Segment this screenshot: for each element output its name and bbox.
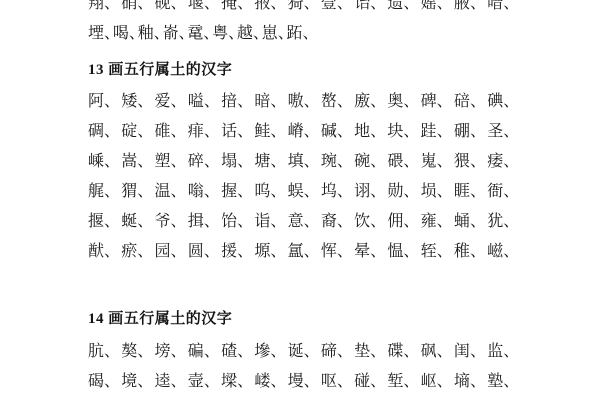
enumeration-comma: 、 xyxy=(154,20,163,43)
hanzi-item: 岖、 xyxy=(421,368,446,391)
enumeration-comma: 、 xyxy=(370,0,379,13)
hanzi-item: 塝、 xyxy=(155,338,180,361)
hanzi-char: 爷 xyxy=(155,208,171,231)
enumeration-comma: 、 xyxy=(337,338,346,361)
hanzi-char: 碓 xyxy=(155,118,171,141)
enumeration-comma: 、 xyxy=(337,368,346,391)
hanzi-char: 粤 xyxy=(212,20,228,43)
hanzi-char: 嵛 xyxy=(162,20,178,43)
enumeration-comma: 、 xyxy=(304,238,313,261)
hanzi-item: 揖、 xyxy=(188,208,213,231)
enumeration-comma: 、 xyxy=(337,118,346,141)
hanzi-item: 碣、 xyxy=(88,368,113,391)
hanzi-item: 地、 xyxy=(354,118,379,141)
hanzi-char: 逵 xyxy=(155,368,171,391)
hanzi-item: 圣、 xyxy=(487,118,512,141)
hanzi-item: 嵝、 xyxy=(254,368,279,391)
hanzi-char: 硝 xyxy=(121,0,137,13)
enumeration-comma: 、 xyxy=(304,178,313,201)
hanzi-item: 闺、 xyxy=(454,338,479,361)
hanzi-char: 塌 xyxy=(221,148,237,171)
enumeration-comma: 、 xyxy=(137,88,146,111)
enumeration-comma: 、 xyxy=(304,88,313,111)
hanzi-char: 琬 xyxy=(321,148,337,171)
hanzi-item: 碴、 xyxy=(221,338,246,361)
hanzi-char: 塝 xyxy=(155,338,171,361)
hanzi-char: 掩 xyxy=(221,0,237,13)
hanzi-item: 嶅、 xyxy=(321,88,346,111)
hanzi-char: 诞 xyxy=(288,338,304,361)
hanzi-item: 硝、 xyxy=(121,0,146,13)
enumeration-comma: 、 xyxy=(171,238,180,261)
enumeration-comma: 、 xyxy=(204,118,213,141)
hanzi-char: 勋 xyxy=(387,178,403,201)
hanzi-char: 揖 xyxy=(188,208,204,231)
hanzi-item: 嗷、 xyxy=(288,88,313,111)
enumeration-comma: 、 xyxy=(370,208,379,231)
hanzi-item: 碘、 xyxy=(487,88,512,111)
hanzi-item: 嵴、 xyxy=(288,118,313,141)
enumeration-comma: 、 xyxy=(370,118,379,141)
hanzi-char: 嵬 xyxy=(421,148,437,171)
hanzi-item: 雍、 xyxy=(421,208,446,231)
hanzi-char: 诩 xyxy=(354,178,370,201)
enumeration-comma: 、 xyxy=(403,338,412,361)
hanzi-char: 腋 xyxy=(454,0,470,13)
enumeration-comma: 、 xyxy=(437,0,446,13)
enumeration-comma: 、 xyxy=(503,0,512,13)
hanzi-item: 鼋、 xyxy=(187,20,212,43)
hanzi-item: 塑、 xyxy=(155,148,180,171)
hanzi-item: 垫、 xyxy=(354,338,379,361)
hanzi-item: 监、 xyxy=(487,338,512,361)
hanzi-item: 碟、 xyxy=(387,338,412,361)
hanzi-item: 蛹、 xyxy=(454,208,479,231)
hanzi-char: 墋 xyxy=(254,338,270,361)
enumeration-comma: 、 xyxy=(204,368,213,391)
hanzi-char: 喝 xyxy=(113,20,129,43)
hanzi-item: 圆、 xyxy=(188,238,213,261)
hanzi-item: 堰、 xyxy=(188,0,213,13)
enumeration-comma: 、 xyxy=(137,208,146,231)
hanzi-char: 喑 xyxy=(487,0,503,13)
hanzi-char: 塬 xyxy=(254,238,270,261)
hanzi-item: 揠、 xyxy=(88,208,113,231)
hanzi-char: 监 xyxy=(487,338,503,361)
hanzi-item: 墁、 xyxy=(288,368,313,391)
enumeration-comma: 、 xyxy=(270,178,279,201)
hanzi-item: 意、 xyxy=(288,208,313,231)
hanzi-char: 遗 xyxy=(387,0,403,13)
hanzi-char: 嶅 xyxy=(321,88,337,111)
enumeration-comma: 、 xyxy=(278,20,287,43)
hanzi-char: 猷 xyxy=(88,238,104,261)
enumeration-comma: 、 xyxy=(171,88,180,111)
hanzi-item: 睚、 xyxy=(454,178,479,201)
enumeration-comma: 、 xyxy=(171,178,180,201)
enumeration-comma: 、 xyxy=(237,148,246,171)
enumeration-comma: 、 xyxy=(303,20,312,43)
hanzi-char: 砜 xyxy=(421,338,437,361)
hanzi-item: 粤、 xyxy=(212,20,237,43)
enumeration-comma: 、 xyxy=(470,368,479,391)
enumeration-comma: 、 xyxy=(370,88,379,111)
hanzi-item: 碥、 xyxy=(188,338,213,361)
hanzi-char: 墒 xyxy=(454,368,470,391)
enumeration-comma: 、 xyxy=(304,208,313,231)
hanzi-item: 肮、 xyxy=(88,338,113,361)
hanzi-item: 嵫、 xyxy=(487,238,512,261)
hanzi-char: 嵩 xyxy=(121,148,137,171)
hanzi-item: 佣、 xyxy=(387,208,412,231)
hanzi-item: 坞、 xyxy=(321,178,346,201)
enumeration-comma: 、 xyxy=(437,208,446,231)
hanzi-char: 坞 xyxy=(321,178,337,201)
hanzi-item: 阿、 xyxy=(88,88,113,111)
hanzi-item: 琬、 xyxy=(321,148,346,171)
hanzi-item: 轾、 xyxy=(421,238,446,261)
hanzi-char: 诣 xyxy=(254,208,270,231)
hanzi-item: 诞、 xyxy=(288,338,313,361)
hanzi-item: 勋、 xyxy=(387,178,412,201)
enumeration-comma: 、 xyxy=(204,178,213,201)
hanzi-char: 痱 xyxy=(188,118,204,141)
hanzi-char: 衙 xyxy=(487,178,503,201)
hanzi-char: 猗 xyxy=(288,0,304,13)
hanzi-char: 堰 xyxy=(188,0,204,13)
hanzi-char: 嵝 xyxy=(254,368,270,391)
hanzi-char: 氲 xyxy=(288,238,304,261)
hanzi-char: 岖 xyxy=(421,368,437,391)
hanzi-item: 碗、 xyxy=(354,148,379,171)
enumeration-comma: 、 xyxy=(337,0,346,13)
hanzi-char: 温 xyxy=(155,178,171,201)
hanzi-char: 揞 xyxy=(221,88,237,111)
enumeration-comma: 、 xyxy=(337,178,346,201)
hanzi-item: 砚、 xyxy=(155,0,180,13)
enumeration-comma: 、 xyxy=(403,208,412,231)
enumeration-comma: 、 xyxy=(304,368,313,391)
enumeration-comma: 、 xyxy=(403,88,412,111)
section-heading: 14 画五行属土的汉字 xyxy=(88,300,512,334)
hanzi-char: 埙 xyxy=(421,178,437,201)
hanzi-row: 碉、碇、碓、痱、话、鲑、嵴、碱、地、块、跬、硼、圣、 xyxy=(88,114,512,144)
hanzi-char: 鼋 xyxy=(187,20,203,43)
hanzi-char: 跖 xyxy=(287,20,303,43)
hanzi-item: 廒、 xyxy=(354,88,379,111)
hanzi-item: 堙、 xyxy=(88,20,113,43)
hanzi-char: 蜒 xyxy=(121,208,137,231)
enumeration-comma: 、 xyxy=(171,368,180,391)
enumeration-comma: 、 xyxy=(437,178,446,201)
enumeration-comma: 、 xyxy=(171,338,180,361)
hanzi-char: 呕 xyxy=(321,368,337,391)
hanzi-item: 墋、 xyxy=(254,338,279,361)
hanzi-char: 碟 xyxy=(387,338,403,361)
enumeration-comma: 、 xyxy=(237,118,246,141)
enumeration-comma: 、 xyxy=(204,208,213,231)
hanzi-char: 壹 xyxy=(321,0,337,13)
enumeration-comma: 、 xyxy=(270,368,279,391)
enumeration-comma: 、 xyxy=(137,178,146,201)
enumeration-comma: 、 xyxy=(270,0,279,13)
enumeration-comma: 、 xyxy=(503,118,512,141)
hanzi-item: 块、 xyxy=(387,118,412,141)
hanzi-char: 翔 xyxy=(88,0,104,13)
hanzi-char: 犹 xyxy=(487,208,503,231)
enumeration-comma: 、 xyxy=(104,368,113,391)
hanzi-row: 猷、瘀、园、圆、援、塬、氲、恽、晕、愠、轾、稚、嵫、 xyxy=(88,234,512,264)
hanzi-item: 嵩、 xyxy=(121,148,146,171)
hanzi-char: 愠 xyxy=(387,238,403,261)
hanzi-item: 塾、 xyxy=(487,368,512,391)
hanzi-item: 蜈、 xyxy=(288,178,313,201)
hanzi-item: 猥、 xyxy=(454,148,479,171)
hanzi-char: 填 xyxy=(288,148,304,171)
hanzi-char: 痿 xyxy=(487,148,503,171)
enumeration-comma: 、 xyxy=(437,238,446,261)
hanzi-item: 爷、 xyxy=(155,208,180,231)
hanzi-item: 崽、 xyxy=(262,20,287,43)
hanzi-item: 诩、 xyxy=(354,178,379,201)
hanzi-row: 嵊、嵩、塑、碎、塌、塘、填、琬、碗、碨、嵬、猥、痿、 xyxy=(88,144,512,174)
enumeration-comma: 、 xyxy=(104,208,113,231)
enumeration-comma: 、 xyxy=(437,148,446,171)
enumeration-comma: 、 xyxy=(237,368,246,391)
enumeration-comma: 、 xyxy=(104,118,113,141)
enumeration-comma: 、 xyxy=(370,148,379,171)
hanzi-char: 轾 xyxy=(421,238,437,261)
hanzi-item: 掩、 xyxy=(221,0,246,13)
enumeration-comma: 、 xyxy=(171,0,180,13)
enumeration-comma: 、 xyxy=(137,338,146,361)
hanzi-char: 嗌 xyxy=(188,88,204,111)
hanzi-item: 奥、 xyxy=(387,88,412,111)
enumeration-comma: 、 xyxy=(503,338,512,361)
hanzi-char: 跬 xyxy=(421,118,437,141)
hanzi-char: 矮 xyxy=(121,88,137,111)
enumeration-comma: 、 xyxy=(503,88,512,111)
hanzi-char: 媱 xyxy=(421,0,437,13)
hanzi-item: 碇、 xyxy=(121,118,146,141)
hanzi-item: 艉、 xyxy=(88,178,113,201)
hanzi-item: 暗、 xyxy=(254,88,279,111)
hanzi-char: 园 xyxy=(155,238,171,261)
enumeration-comma: 、 xyxy=(237,0,246,13)
hanzi-item: 晕、 xyxy=(354,238,379,261)
hanzi-item: 握、 xyxy=(221,178,246,201)
enumeration-comma: 、 xyxy=(137,148,146,171)
hanzi-item: 嗡、 xyxy=(188,178,213,201)
enumeration-comma: 、 xyxy=(403,238,412,261)
enumeration-comma: 、 xyxy=(237,338,246,361)
hanzi-row: 碣、境、逵、壸、墚、嵝、墁、呕、碰、堑、岖、墒、塾、 xyxy=(88,364,512,394)
enumeration-comma: 、 xyxy=(237,238,246,261)
hanzi-item: 境、 xyxy=(121,368,146,391)
enumeration-comma: 、 xyxy=(171,118,180,141)
enumeration-comma: 、 xyxy=(270,238,279,261)
hanzi-char: 堙 xyxy=(88,20,104,43)
hanzi-item: 埙、 xyxy=(421,178,446,201)
enumeration-comma: 、 xyxy=(370,178,379,201)
hanzi-item: 鲑、 xyxy=(254,118,279,141)
hanzi-item: 翔、 xyxy=(88,0,113,13)
hanzi-item: 墚、 xyxy=(221,368,246,391)
hanzi-char: 佣 xyxy=(387,208,403,231)
enumeration-comma: 、 xyxy=(137,118,146,141)
hanzi-char: 碱 xyxy=(321,118,337,141)
document-page: { "page": { "background": "#ffffff", "te… xyxy=(0,0,600,400)
enumeration-comma: 、 xyxy=(304,148,313,171)
hanzi-item: 填、 xyxy=(288,148,313,171)
enumeration-comma: 、 xyxy=(470,238,479,261)
hanzi-char: 艉 xyxy=(88,178,104,201)
character-section: 13 画五行属土的汉字阿、矮、爱、嗌、揞、暗、嗷、嶅、廒、奥、碑、碚、碘、碉、碇… xyxy=(88,52,512,264)
hanzi-item: 釉、 xyxy=(138,20,163,43)
hanzi-char: 境 xyxy=(121,368,137,391)
enumeration-comma: 、 xyxy=(270,148,279,171)
hanzi-char: 饮 xyxy=(354,208,370,231)
enumeration-comma: 、 xyxy=(104,238,113,261)
enumeration-comma: 、 xyxy=(178,20,187,43)
hanzi-char: 猬 xyxy=(121,178,137,201)
enumeration-comma: 、 xyxy=(104,88,113,111)
hanzi-item: 塘、 xyxy=(254,148,279,171)
enumeration-comma: 、 xyxy=(237,88,246,111)
hanzi-char: 崽 xyxy=(262,20,278,43)
enumeration-comma: 、 xyxy=(437,118,446,141)
hanzi-char: 砚 xyxy=(155,0,171,13)
enumeration-comma: 、 xyxy=(503,368,512,391)
hanzi-row: 阿、矮、爱、嗌、揞、暗、嗷、嶅、廒、奥、碑、碚、碘、 xyxy=(88,84,512,114)
hanzi-item: 裔、 xyxy=(321,208,346,231)
enumeration-comma: 、 xyxy=(337,148,346,171)
enumeration-comma: 、 xyxy=(171,208,180,231)
hanzi-item: 稚、 xyxy=(454,238,479,261)
enumeration-comma: 、 xyxy=(470,338,479,361)
hanzi-char: 塾 xyxy=(487,368,503,391)
enumeration-comma: 、 xyxy=(503,208,512,231)
hanzi-item: 诣、 xyxy=(254,208,279,231)
hanzi-item: 嵬、 xyxy=(421,148,446,171)
enumeration-comma: 、 xyxy=(503,238,512,261)
hanzi-row: 揠、蜒、爷、揖、饴、诣、意、裔、饮、佣、雍、蛹、犹、 xyxy=(88,204,512,234)
enumeration-comma: 、 xyxy=(270,88,279,111)
hanzi-row: 堙、喝、釉、嵛、鼋、粤、越、崽、跖、 xyxy=(88,16,512,46)
hanzi-row: 艉、猬、温、嗡、握、呜、蜈、坞、诩、勋、埙、睚、衙、 xyxy=(88,174,512,204)
hanzi-item: 园、 xyxy=(155,238,180,261)
enumeration-comma: 、 xyxy=(403,148,412,171)
character-section-partial: 翔、硝、砚、堰、掩、掖、猗、壹、诒、遗、媱、腋、喑、堙、喝、釉、嵛、鼋、粤、越、… xyxy=(88,0,512,46)
hanzi-char: 壸 xyxy=(188,368,204,391)
hanzi-char: 晕 xyxy=(354,238,370,261)
enumeration-comma: 、 xyxy=(228,20,237,43)
hanzi-item: 嗌、 xyxy=(188,88,213,111)
hanzi-item: 饴、 xyxy=(221,208,246,231)
hanzi-item: 蜒、 xyxy=(121,208,146,231)
hanzi-item: 跬、 xyxy=(421,118,446,141)
hanzi-char: 爱 xyxy=(155,88,171,111)
hanzi-item: 碨、 xyxy=(387,148,412,171)
enumeration-comma: 、 xyxy=(437,88,446,111)
hanzi-item: 猬、 xyxy=(121,178,146,201)
hanzi-item: 跖、 xyxy=(287,20,312,43)
hanzi-char: 话 xyxy=(221,118,237,141)
hanzi-char: 猥 xyxy=(454,148,470,171)
hanzi-char: 暗 xyxy=(254,88,270,111)
enumeration-comma: 、 xyxy=(104,0,113,13)
hanzi-item: 温、 xyxy=(155,178,180,201)
enumeration-comma: 、 xyxy=(403,0,412,13)
hanzi-char: 鲑 xyxy=(254,118,270,141)
hanzi-item: 碉、 xyxy=(88,118,113,141)
hanzi-item: 呜、 xyxy=(254,178,279,201)
enumeration-comma: 、 xyxy=(437,368,446,391)
hanzi-item: 塬、 xyxy=(254,238,279,261)
enumeration-comma: 、 xyxy=(204,148,213,171)
hanzi-item: 呕、 xyxy=(321,368,346,391)
enumeration-comma: 、 xyxy=(437,338,446,361)
enumeration-comma: 、 xyxy=(470,178,479,201)
hanzi-char: 碨 xyxy=(387,148,403,171)
hanzi-item: 爱、 xyxy=(155,88,180,111)
enumeration-comma: 、 xyxy=(171,148,180,171)
hanzi-char: 碘 xyxy=(487,88,503,111)
hanzi-item: 犹、 xyxy=(487,208,512,231)
hanzi-item: 媱、 xyxy=(421,0,446,13)
hanzi-item: 碲、 xyxy=(321,338,346,361)
hanzi-char: 碗 xyxy=(354,148,370,171)
enumeration-comma: 、 xyxy=(304,0,313,13)
hanzi-item: 猷、 xyxy=(88,238,113,261)
hanzi-item: 墒、 xyxy=(454,368,479,391)
hanzi-item: 嵛、 xyxy=(162,20,187,43)
enumeration-comma: 、 xyxy=(137,238,146,261)
enumeration-comma: 、 xyxy=(203,20,212,43)
enumeration-comma: 、 xyxy=(470,148,479,171)
enumeration-comma: 、 xyxy=(370,368,379,391)
hanzi-char: 蜈 xyxy=(288,178,304,201)
hanzi-char: 碣 xyxy=(88,368,104,391)
hanzi-char: 垫 xyxy=(354,338,370,361)
enumeration-comma: 、 xyxy=(270,118,279,141)
hanzi-char: 恽 xyxy=(321,238,337,261)
hanzi-item: 诒、 xyxy=(354,0,379,13)
enumeration-comma: 、 xyxy=(129,20,138,43)
enumeration-comma: 、 xyxy=(253,20,262,43)
hanzi-row: 翔、硝、砚、堰、掩、掖、猗、壹、诒、遗、媱、腋、喑、 xyxy=(88,0,512,16)
enumeration-comma: 、 xyxy=(470,0,479,13)
hanzi-char: 蛹 xyxy=(454,208,470,231)
hanzi-char: 阿 xyxy=(88,88,104,111)
enumeration-comma: 、 xyxy=(104,20,113,43)
hanzi-item: 逵、 xyxy=(155,368,180,391)
enumeration-comma: 、 xyxy=(503,148,512,171)
hanzi-char: 碉 xyxy=(88,118,104,141)
section-heading: 13 画五行属土的汉字 xyxy=(88,52,512,84)
hanzi-char: 圣 xyxy=(487,118,503,141)
hanzi-char: 意 xyxy=(288,208,304,231)
hanzi-item: 援、 xyxy=(221,238,246,261)
hanzi-char: 釉 xyxy=(138,20,154,43)
hanzi-item: 硼、 xyxy=(454,118,479,141)
enumeration-comma: 、 xyxy=(204,0,213,13)
hanzi-char: 肮 xyxy=(88,338,104,361)
hanzi-item: 碑、 xyxy=(421,88,446,111)
hanzi-item: 獒、 xyxy=(121,338,146,361)
hanzi-char: 嵊 xyxy=(88,148,104,171)
hanzi-char: 呜 xyxy=(254,178,270,201)
